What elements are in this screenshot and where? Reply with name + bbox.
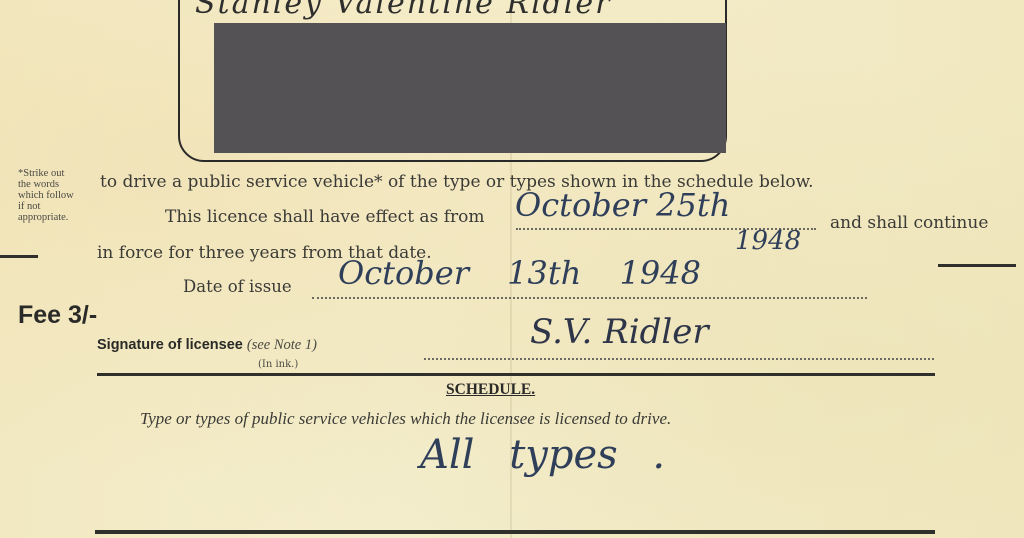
margin-note-line: *Strike out	[18, 168, 98, 179]
margin-note-line: if not	[18, 201, 98, 212]
effect-date-handwritten: October 25th	[515, 186, 730, 224]
margin-note: *Strike out the words which follow if no…	[18, 168, 98, 223]
left-tick-rule	[0, 255, 38, 258]
continue-text: and shall continue	[830, 213, 988, 233]
in-ink-note: (In ink.)	[258, 359, 298, 370]
date-of-issue-handwritten: October 13th 1948	[338, 254, 701, 292]
schedule-handwritten-value: All types .	[420, 432, 665, 478]
margin-note-line: appropriate.	[18, 212, 98, 223]
licensee-name-handwritten: Stanley Valentine Ridler	[195, 0, 611, 21]
effect-label: This licence shall have effect as from	[165, 207, 484, 227]
signature-note: (see Note 1)	[247, 337, 317, 353]
signature-label: Signature of licensee (see Note 1)	[97, 337, 317, 354]
redacted-block	[214, 23, 726, 153]
signature-dotted-line	[424, 358, 934, 360]
date-of-issue-dotted-line	[312, 297, 867, 299]
margin-note-line: which follow	[18, 190, 98, 201]
signature-section-rule	[97, 373, 935, 376]
date-of-issue-label: Date of issue	[183, 277, 292, 296]
signature-handwritten: S.V. Ridler	[530, 312, 709, 352]
signature-label-text: Signature of licensee	[97, 337, 243, 353]
fee-label: Fee 3/-	[18, 301, 97, 330]
schedule-description: Type or types of public service vehicles…	[140, 409, 671, 429]
bottom-rule	[95, 530, 935, 534]
schedule-heading: SCHEDULE.	[446, 381, 535, 399]
right-tick-rule	[938, 264, 1016, 267]
effect-year-handwritten: 1948	[735, 226, 801, 256]
margin-note-line: the words	[18, 179, 98, 190]
